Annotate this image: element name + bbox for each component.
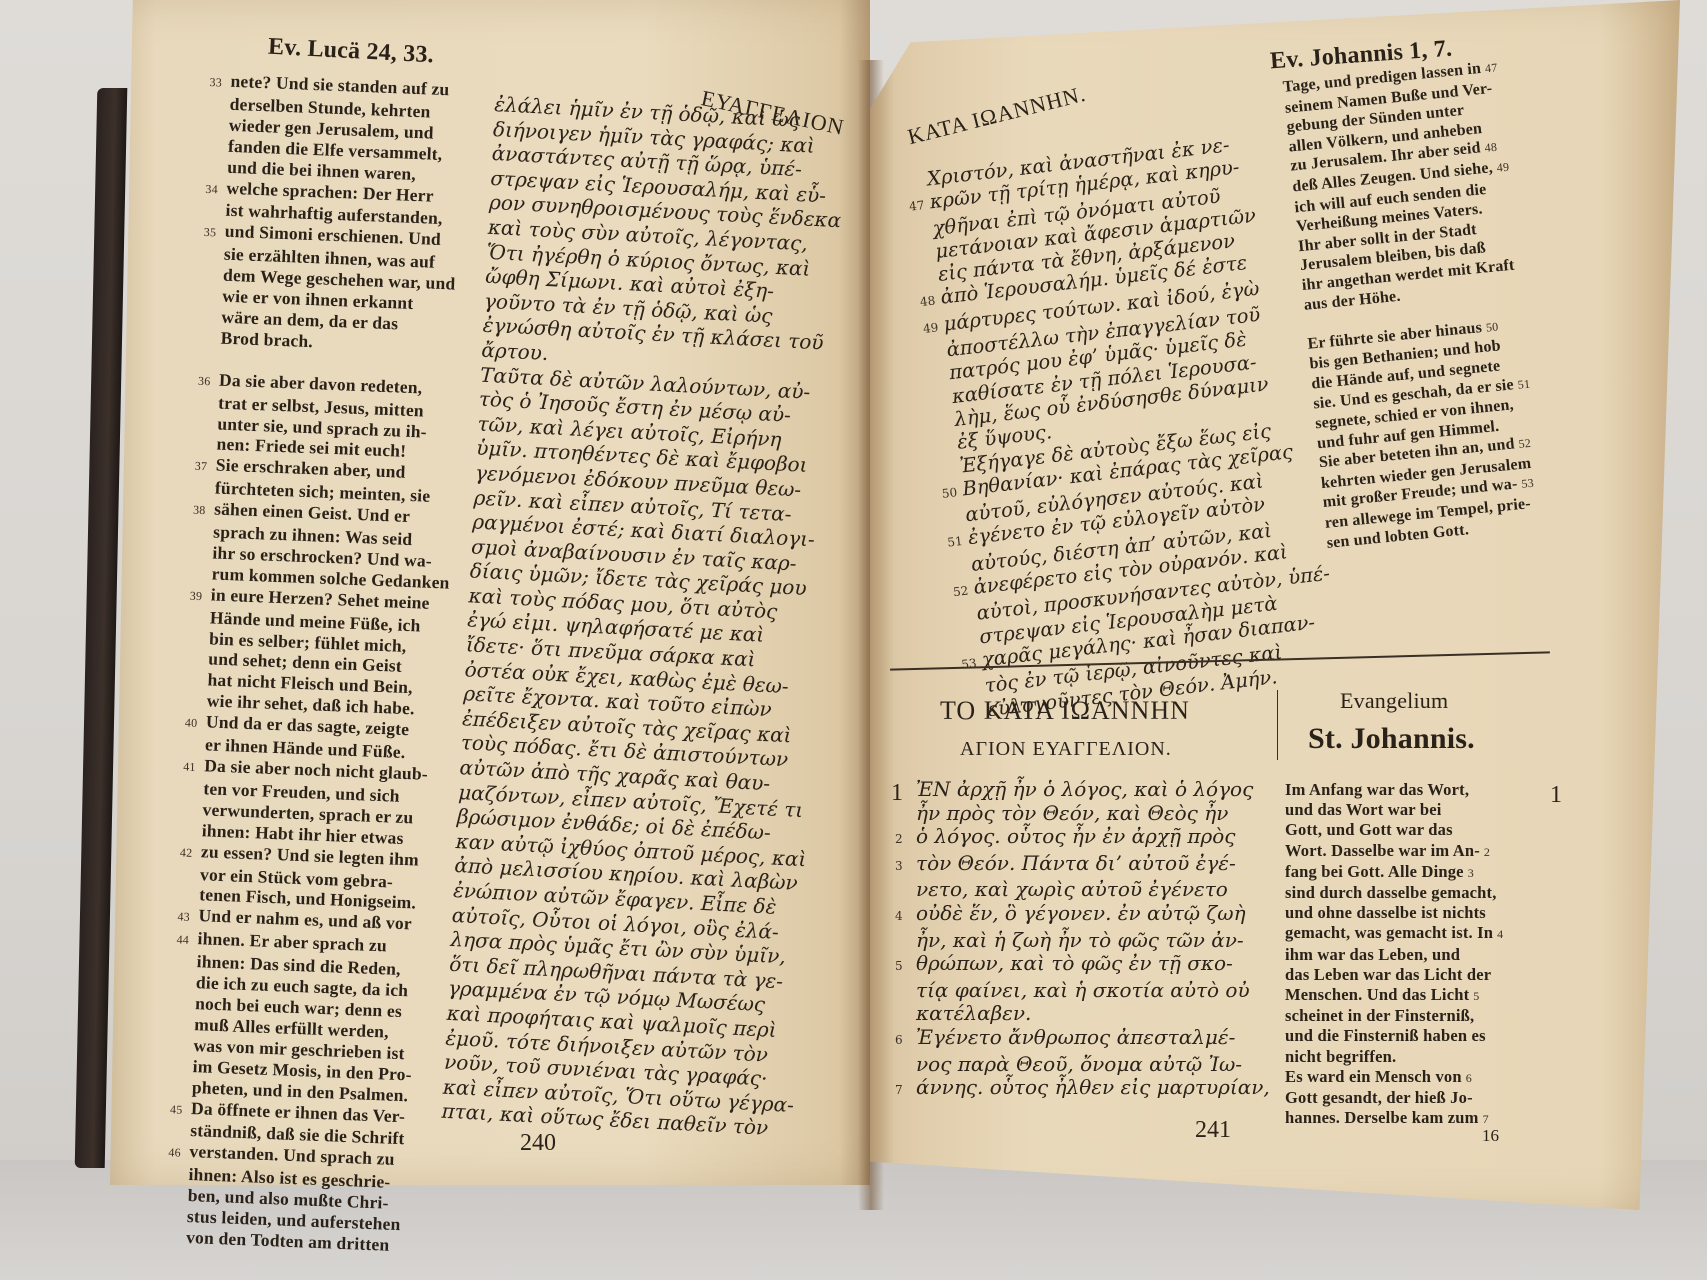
verse-text: άννης. οὗτος ἦλθεν εἰς μαρτυρίαν, <box>916 1075 1270 1099</box>
verse-number <box>186 706 204 707</box>
verse-number: 48 <box>919 290 940 315</box>
verse-text: Gott gesandt, der hieß Jo- <box>1285 1088 1473 1107</box>
verse-number <box>167 1200 185 1201</box>
title-divider <box>1277 690 1278 760</box>
text-line: 2ὁ λόγος. οὗτος ἦν ἐν ἀρχῇ πρὸς <box>895 825 1295 852</box>
text-line: Gott, und Gott war das <box>1285 820 1565 840</box>
verse-number <box>202 280 220 281</box>
verse-number <box>1405 298 1423 300</box>
verse-number: 3 <box>1468 863 1486 883</box>
verse-number: 5 <box>1473 986 1491 1006</box>
verse-number <box>1505 348 1523 350</box>
text-line: und die Finsterniß haben es <box>1285 1026 1565 1046</box>
verse-number: 39 <box>189 585 208 607</box>
verse-number <box>189 622 207 623</box>
verse-number: 38 <box>193 500 212 522</box>
verse-number <box>171 1092 189 1093</box>
verse-text: und ohne dasselbe ist nichts <box>1285 903 1486 922</box>
verse-number <box>181 814 199 815</box>
verse-text: und das Wort war bei <box>1285 800 1442 819</box>
verse-number: 45 <box>170 1099 189 1121</box>
verse-number <box>915 258 933 260</box>
verse-number <box>181 835 199 836</box>
verse-number <box>1518 407 1536 409</box>
verse-number <box>1473 532 1491 534</box>
verse-number: 53 <box>1521 474 1541 495</box>
verse-number <box>951 571 969 573</box>
verse-number <box>918 281 936 283</box>
verse-text: ihm war das Leben, und <box>1285 945 1460 964</box>
verse-number <box>208 130 226 131</box>
text-line: τίᾳ φαίνει, καὶ ἡ σκοτία αὐτὸ οὐ <box>895 979 1295 1003</box>
text-line: ihm war das Leben, und <box>1285 945 1565 965</box>
verse-number <box>172 1050 190 1051</box>
verse-number <box>182 793 200 794</box>
text-line: κατέλαβεν. <box>895 1002 1295 1026</box>
verse-number: 47 <box>1484 58 1504 79</box>
verse-number: 36 <box>198 370 217 392</box>
text-line: 5θρώπων, καὶ τὸ φῶς ἐν τῇ σκο- <box>895 952 1295 979</box>
verse-number: 40 <box>185 713 204 735</box>
verse-text: ὁ λόγος. οὗτος ἦν ἐν ἀρχῇ πρὸς <box>916 824 1236 848</box>
verse-number <box>1519 267 1537 269</box>
signature-mark: 16 <box>1482 1126 1499 1146</box>
verse-text: νος παρὰ Θεοῦ, ὄνομα αὐτῷ Ἰω- <box>916 1052 1242 1076</box>
german-book-subtitle: St. Johannis. <box>1308 722 1475 756</box>
verse-number: 6 <box>895 1029 913 1053</box>
right-greek-column-bottom: ἘΝ ἀρχῇ ἦν ὁ λόγος, καὶ ὁ λόγοςἦν πρὸς τ… <box>895 778 1295 1103</box>
verse-text: νετο, καὶ χωρὶς αὐτοῦ ἐγένετο <box>916 877 1228 901</box>
verse-number: 2 <box>1484 842 1502 862</box>
verse-number <box>945 522 963 524</box>
verse-text: fang bei Gott. Alle Dinge <box>1285 862 1464 881</box>
verse-text: Wort. Dasselbe war im An- <box>1285 841 1480 860</box>
text-line: 3τὸν Θεόν. Πάντα δι’ αὐτοῦ ἐγέ- <box>895 852 1295 879</box>
verse-number <box>957 620 975 622</box>
verse-number <box>932 403 950 405</box>
text-line: Wort. Dasselbe war im An-2 <box>1285 841 1565 862</box>
german-book-title: Evangelium <box>1340 688 1448 714</box>
text-line: 6Ἐγένετο ἄνθρωπος ἀπεσταλμέ- <box>895 1026 1295 1053</box>
right-german-column-top: Tage, und predigen lassen in47seinem Nam… <box>1282 52 1596 553</box>
verse-number <box>1487 211 1505 213</box>
verse-number <box>174 1008 192 1009</box>
verse-number: 3 <box>895 855 913 879</box>
verse-number: 47 <box>908 194 929 219</box>
verse-number: 52 <box>1518 434 1538 455</box>
verse-number: 37 <box>194 456 213 478</box>
verse-number: 50 <box>941 481 962 506</box>
verse-number <box>1535 506 1553 508</box>
text-line: Es ward ein Mensch von6 <box>1285 1067 1565 1088</box>
right-greek-column-top: Χριστόν, καὶ ἀναστῆναι ἐκ νε-47κρῶν τῇ τ… <box>905 127 1346 723</box>
verse-number: 34 <box>205 178 224 200</box>
verse-text: Gott, und Gott war das <box>1285 820 1453 839</box>
text-line: fang bei Gott. Alle Dinge3 <box>1285 862 1565 883</box>
verse-number <box>203 259 221 260</box>
verse-number <box>1490 250 1508 252</box>
verse-text: οὐδὲ ἕν, ὃ γέγονεν. ἐν αὐτῷ ζωὴ <box>916 901 1246 925</box>
page-number-left: 240 <box>520 1130 556 1157</box>
verse-number <box>1491 191 1509 193</box>
text-line: und ohne dasselbe ist nichts <box>1285 903 1565 923</box>
text-line: das Leben war das Licht der <box>1285 965 1565 985</box>
verse-text: Im Anfang war das Wort, <box>1285 780 1469 799</box>
verse-number <box>959 644 977 646</box>
verse-number: 44 <box>176 930 195 952</box>
verse-text: Es ward ein Mensch von <box>1285 1067 1462 1086</box>
verse-number: 6 <box>1466 1068 1484 1088</box>
verse-number <box>178 900 196 901</box>
verse-number <box>191 558 209 559</box>
verse-number: 46 <box>168 1143 187 1165</box>
verse-number <box>1314 326 1332 328</box>
verse-number <box>173 1029 191 1030</box>
text-line: Menschen. Und das Licht5 <box>1285 985 1565 1006</box>
verse-number <box>184 750 202 751</box>
verse-number: 49 <box>922 316 943 341</box>
verse-number <box>176 966 194 967</box>
verse-number <box>940 473 958 475</box>
text-line: ἦν πρὸς τὸν Θεόν, καὶ Θεὸς ἦν <box>895 802 1295 826</box>
verse-number: 43 <box>177 907 196 929</box>
verse-number <box>934 426 952 428</box>
verse-number <box>209 109 227 110</box>
verse-text: sind durch dasselbe gemacht, <box>1285 883 1497 902</box>
chapter-number-greek: 1 <box>891 780 903 807</box>
verse-number: 53 <box>960 652 981 677</box>
verse-number: 42 <box>180 842 199 864</box>
verse-number: 52 <box>952 579 973 604</box>
text-line: 7άννης. οὗτος ἦλθεν εἰς μαρτυρίαν, <box>895 1076 1295 1103</box>
verse-text: κατέλαβεν. <box>916 1001 1031 1025</box>
verse-number: 33 <box>209 72 228 94</box>
text-line: ἦν, καὶ ἡ ζωὴ ἦν τὸ φῶς τῶν ἀν- <box>895 929 1295 953</box>
text-line: gemacht, was gemacht ist. In4 <box>1285 923 1565 944</box>
chapter-number-german: 1 <box>1550 782 1562 809</box>
verse-number: 49 <box>1496 157 1516 178</box>
verse-number: 5 <box>895 955 913 979</box>
verse-number <box>192 537 210 538</box>
verse-number <box>197 407 215 408</box>
text-line: Gott gesandt, der hieß Jo- <box>1285 1088 1565 1108</box>
verse-text: ἦν, καὶ ἡ ζωὴ ἦν τὸ φῶς τῶν ἀν- <box>916 928 1244 952</box>
verse-text: gemacht, was gemacht ist. In <box>1285 923 1493 942</box>
verse-number <box>165 1242 183 1243</box>
verse-text: Menschen. Und das Licht <box>1285 985 1469 1004</box>
text-line: 4οὐδὲ ἕν, ὃ γέγονεν. ἐν αὐτῷ ζωὴ <box>895 902 1295 929</box>
text-line: und das Wort war bei <box>1285 800 1565 820</box>
verse-number <box>186 685 204 686</box>
verse-number: 51 <box>1517 374 1537 395</box>
verse-text: nicht begriffen. <box>1285 1047 1396 1066</box>
text-line: Im Anfang war das Wort, <box>1285 780 1565 800</box>
verse-number <box>1505 368 1523 370</box>
verse-number <box>1486 131 1504 133</box>
verse-number: 2 <box>895 828 913 852</box>
verse-number <box>196 428 214 429</box>
verse-number <box>172 1071 190 1072</box>
right-german-column-bottom: Im Anfang war das Wort,und das Wort war … <box>1285 780 1565 1129</box>
greek-book-title: ΤΟ ΚΑΤΑ ΙΩΑΝΝΗΝ <box>940 696 1190 726</box>
page-number-right: 241 <box>1195 1117 1231 1144</box>
verse-text: τίᾳ φαίνει, καὶ ἡ σκοτία αὐτὸ οὐ <box>916 978 1250 1002</box>
verse-number <box>195 449 213 450</box>
verse-number <box>929 380 947 382</box>
verse-text: scheinet in der Finsterniß, <box>1285 1006 1474 1025</box>
verse-number <box>937 449 955 451</box>
text-line: hannes. Derselbe kam zum7 <box>1285 1108 1565 1129</box>
verse-number: 4 <box>895 905 913 929</box>
left-greek-column: ἐλάλει ἡμῖν ἐν τῇ ὁδῷ, καὶ ὡςδιήνοιγεν ἡ… <box>441 92 855 1142</box>
text-line: sind durch dasselbe gemacht, <box>1285 883 1565 903</box>
verse-number <box>169 1136 187 1137</box>
verse-number <box>1481 232 1499 234</box>
verse-text <box>220 348 225 368</box>
verse-number <box>207 151 225 152</box>
verse-number <box>907 186 925 188</box>
verse-number <box>200 343 218 344</box>
verse-number: 51 <box>946 530 967 555</box>
verse-text: und die Finsterniß haben es <box>1285 1026 1486 1045</box>
verse-number <box>913 235 931 237</box>
verse-text: θρώπων, καὶ τὸ φῶς ἐν τῇ σκο- <box>916 951 1233 975</box>
verse-number <box>167 1179 185 1180</box>
verse-number <box>1497 90 1515 92</box>
verse-text: hannes. Derselbe kam zum <box>1285 1108 1479 1127</box>
verse-number <box>187 664 205 665</box>
left-german-column: 33nete? Und sie standen auf zuderselben … <box>165 70 490 1258</box>
verse-number: 4 <box>1497 924 1515 944</box>
verse-text <box>1305 316 1311 333</box>
verse-number: 35 <box>203 222 222 244</box>
greek-book-subtitle: ΑΓΙΟΝ ΕΥΑΓΓΕΛΙΟΝ. <box>960 738 1172 761</box>
verse-number <box>166 1221 184 1222</box>
verse-text: Ἐγένετο ἄνθρωπος ἀπεσταλμέ- <box>916 1025 1235 1049</box>
verse-text: ἦν πρὸς τὸν Θεόν, καὶ Θεὸς ἦν <box>916 801 1228 825</box>
verse-number <box>204 215 222 216</box>
verse-number <box>1536 466 1554 468</box>
text-line: νος παρὰ Θεοῦ, ὄνομα αὐτῷ Ἰω- <box>895 1053 1295 1077</box>
verse-number <box>965 693 983 695</box>
text-line: ἘΝ ἀρχῇ ἦν ὁ λόγος, καὶ ὁ λόγος <box>895 778 1295 802</box>
verse-number <box>1504 428 1522 430</box>
verse-number: 41 <box>183 756 202 778</box>
verse-number <box>194 493 212 494</box>
text-line: scheinet in der Finsterniß, <box>1285 1006 1565 1026</box>
verse-number: 48 <box>1484 138 1504 159</box>
verse-text: das Leben war das Licht der <box>1285 965 1491 984</box>
text-line: nicht begriffen. <box>1285 1047 1565 1067</box>
verse-text: Brod brach. <box>220 327 313 351</box>
verse-number <box>1468 113 1486 115</box>
verse-number: 50 <box>1485 317 1505 338</box>
verse-number <box>190 578 208 579</box>
text-line: νετο, καὶ χωρὶς αὐτοῦ ἐγένετο <box>895 878 1295 902</box>
verse-number <box>206 172 224 173</box>
verse-number <box>200 322 218 323</box>
verse-text: τὸν Θεόν. Πάντα δι’ αὐτοῦ ἐγέ- <box>916 851 1236 875</box>
verse-number <box>199 364 217 365</box>
verse-number <box>175 987 193 988</box>
verse-text: ἘΝ ἀρχῇ ἦν ὁ λόγος, καὶ ὁ λόγος <box>916 777 1253 801</box>
verse-number <box>201 301 219 302</box>
verse-number <box>188 643 206 644</box>
verse-number <box>927 357 945 359</box>
verse-number <box>179 879 197 880</box>
verse-number: 7 <box>895 1079 913 1103</box>
